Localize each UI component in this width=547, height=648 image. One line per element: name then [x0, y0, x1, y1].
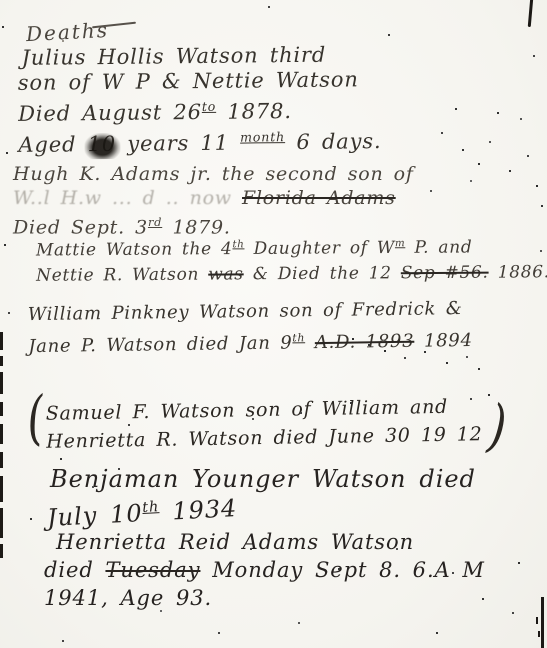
scan-edge-artifact	[0, 372, 3, 394]
record-line: Died August 26to 1878.	[18, 92, 381, 127]
handwritten-text: son of W P & Nettie Watson	[18, 67, 359, 95]
handwritten-parenthesis-left: (	[24, 383, 46, 453]
handwritten-text: 1934	[159, 494, 238, 526]
handwritten-text: th	[232, 239, 244, 250]
scan-edge-artifact	[538, 631, 540, 637]
page-title: Deaths	[25, 18, 109, 46]
record-line: died Tuesday Monday Sept 8. 6.A M	[44, 556, 485, 584]
handwritten-text: Nettie R. Watson	[36, 264, 208, 285]
handwritten-text: P. and	[405, 237, 472, 257]
handwritten-text: 1878.	[216, 99, 292, 124]
handwritten-text: 1941, Age 93.	[44, 586, 212, 610]
handwritten-text: to	[202, 99, 216, 114]
handwritten-text: 6 days.	[285, 129, 382, 154]
handwritten-text: Jane P. Watson died Jan 9	[28, 332, 292, 357]
handwritten-text: month	[240, 129, 285, 144]
struck-text: Sep #56.	[401, 262, 489, 283]
scanned-death-register-page: Deaths Julius Hollis Watson thirdson of …	[0, 0, 547, 648]
record-line: W..l H.w ... d .. now Florida Adams	[13, 186, 414, 210]
death-record-benjaman-watson: Benjaman Younger Watson diedJuly 10th 19…	[50, 462, 476, 535]
handwritten-text: th	[292, 331, 305, 344]
scan-edge-artifact	[0, 356, 3, 366]
scan-edge-artifact	[0, 452, 3, 468]
struck-text: A.D. 1893	[315, 331, 415, 353]
record-line: 1941, Age 93.	[44, 584, 485, 612]
scan-edge-artifact	[541, 597, 544, 648]
record-line: Henrietta Reid Adams Watson	[56, 528, 485, 556]
handwritten-text: Aged	[18, 132, 87, 157]
handwritten-text: Samuel F. Watson son of William and	[46, 396, 449, 425]
record-line: Aged 10 years 11 month 6 days.	[18, 123, 381, 158]
death-record-mattie-watson: Mattie Watson the 4th Daughter of Wm P. …	[36, 230, 547, 288]
handwritten-text: Julius Hollis Watson third	[21, 43, 326, 70]
scan-edge-artifact	[0, 508, 3, 538]
record-line: Hugh K. Adams jr. the second son of	[13, 162, 414, 186]
scan-edge-artifact	[0, 332, 3, 350]
struck-text: was	[208, 264, 244, 284]
handwritten-text: Henrietta R. Watson died June 30 19 12	[46, 423, 483, 453]
death-record-william-pinkney-watson: William Pinkney Watson son of Fredrick &…	[28, 295, 473, 360]
record-line: son of W P & Nettie Watson	[18, 67, 381, 96]
death-record-henrietta-watson: Henrietta Reid Adams Watsondied Tuesday …	[44, 528, 485, 612]
death-record-samuel-watson: Samuel F. Watson son of William andHenri…	[46, 392, 483, 456]
handwritten-text: years 11	[116, 131, 240, 156]
handwritten-text: Daughter of W	[244, 238, 395, 259]
scan-edge-artifact	[536, 617, 538, 624]
handwritten-text: rd	[148, 215, 162, 229]
handwritten-text: Mattie Watson the 4	[36, 239, 233, 260]
scan-edge-artifact	[0, 424, 3, 444]
handwritten-text: Died August 26	[18, 100, 202, 126]
dust-specks	[0, 0, 2, 2]
handwritten-text: m	[395, 238, 405, 249]
handwritten-text: Henrietta Reid Adams Watson	[56, 530, 414, 554]
handwritten-text: & Died the 12	[244, 263, 401, 284]
death-record-hugh-adams: Hugh K. Adams jr. the second son ofW..l …	[13, 162, 414, 239]
record-line: Julius Hollis Watson third	[21, 42, 380, 71]
handwritten-text: 1894	[414, 330, 473, 352]
record-line: Nettie R. Watson was & Died the 12 Sep #…	[36, 260, 547, 289]
handwritten-text: Monday Sept 8. 6.A M	[200, 558, 484, 582]
handwritten-text: 1886.	[489, 262, 547, 282]
record-line: Mattie Watson the 4th Daughter of Wm P. …	[36, 230, 547, 263]
struck-text: Florida Adams	[242, 187, 396, 209]
scan-edge-artifact	[0, 402, 3, 416]
handwritten-text: William Pinkney Watson son of Fredrick &	[28, 298, 463, 325]
record-line: Jane P. Watson died Jan 9th A.D. 1893 18…	[28, 322, 473, 360]
death-record-julius-watson: Julius Hollis Watson thirdson of W P & N…	[17, 42, 381, 158]
handwritten-text: died	[44, 558, 105, 582]
handwritten-text	[305, 332, 315, 353]
scan-edge-artifact	[0, 544, 3, 558]
faded-text: W..l H.w ... d .. now	[13, 187, 242, 209]
handwritten-text: Hugh K. Adams jr. the second son of	[13, 163, 414, 185]
scan-edge-artifact	[528, 0, 534, 27]
handwritten-parenthesis-right: )	[485, 391, 509, 461]
handwritten-text: th	[142, 499, 160, 516]
struck-text: Tuesday	[105, 558, 200, 582]
handwritten-text: 10	[87, 132, 116, 157]
scan-edge-artifact	[0, 476, 3, 502]
